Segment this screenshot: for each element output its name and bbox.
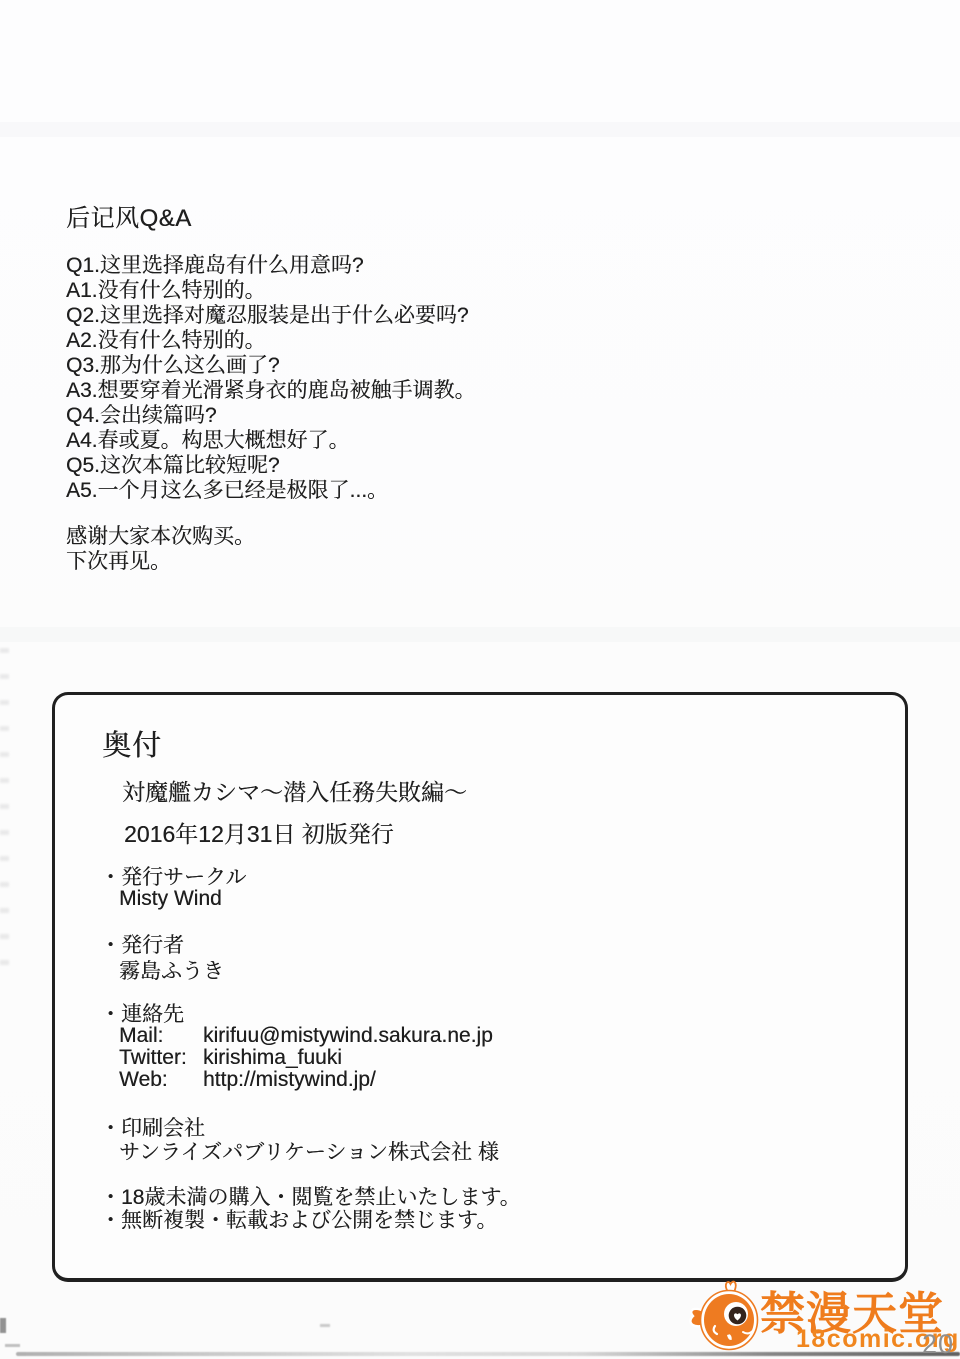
qa-closing-seeyou: 下次再见。 [66,549,626,574]
qa-line-a5: A5.一个月这么多已经是极限了...。 [66,478,626,503]
contact-row-mail: Mail: kirifuu@mistywind.sakura.ne.jp [119,1024,493,1048]
scan-artifact-streaks [0,648,9,968]
contact-value-twitter: kirishima_fuuki [203,1046,342,1070]
contact-value-web: http://mistywind.jp/ [203,1068,376,1092]
qa-section-title: 后记风Q&A [66,204,626,234]
scanned-page: 后记风Q&A Q1.这里选择鹿岛有什么用意吗? A1.没有什么特别的。 Q2.这… [0,0,960,1359]
qa-line-q5: Q5.这次本篇比较短呢? [66,453,626,478]
qa-line-q4: Q4.会出续篇吗? [66,403,626,428]
mascot-whale-icon [684,1279,762,1353]
circle-name: Misty Wind [119,887,222,911]
watermark-logo [684,1279,762,1358]
scan-artifact-mark [0,1318,6,1333]
scan-artifact-mark [5,1344,20,1347]
qa-line-a4: A4.春或夏。构思大概想好了。 [66,428,626,453]
qa-line-q2: Q2.这里选择对魔忍服装是出于什么必要吗? [66,303,626,328]
qa-line-q1: Q1.这里选择鹿岛有什么用意吗? [66,253,626,278]
scan-artifact-band [0,627,960,642]
qa-line-a2: A2.没有什么特别的。 [66,328,626,353]
contact-key-mail: Mail: [119,1024,203,1048]
scan-artifact-mark [320,1324,330,1327]
colophon-heading: 奥付 [102,723,162,764]
qa-closing-thanks: 感谢大家本次购买。 [66,524,626,549]
colophon-box: 奥付 対魔艦カシマ～潜入任務失敗編～ 2016年12月31日 初版発行 ・発行サ… [52,692,908,1282]
scan-artifact-band [0,122,960,137]
contact-key-web: Web: [119,1068,203,1092]
contact-row-web: Web: http://mistywind.jp/ [119,1068,376,1092]
publish-date: 2016年12月31日 初版発行 [124,816,394,849]
printer-name: サンライズパブリケーション株式会社 様 [119,1136,499,1166]
book-title: 対魔艦カシマ～潜入任務失敗編～ [122,774,467,807]
afterword-qa-section: 后记风Q&A Q1.这里选择鹿岛有什么用意吗? A1.没有什么特别的。 Q2.这… [66,204,626,574]
contact-value-mail: kirifuu@mistywind.sakura.ne.jp [203,1024,493,1048]
qa-line-q3: Q3.那为什么这么画了? [66,353,626,378]
publisher-name: 霧島ふうき [119,955,224,985]
qa-line-a1: A1.没有什么特别的。 [66,278,626,303]
qa-line-a3: A3.想要穿着光滑紧身衣的鹿岛被触手调教。 [66,378,626,403]
notice-no-reproduction: ・無断複製・転載および公開を禁じます。 [100,1204,497,1234]
contact-row-twitter: Twitter: kirishima_fuuki [119,1046,342,1070]
contact-key-twitter: Twitter: [119,1046,203,1070]
spacer [66,503,626,524]
page-number: 20 [922,1329,954,1359]
